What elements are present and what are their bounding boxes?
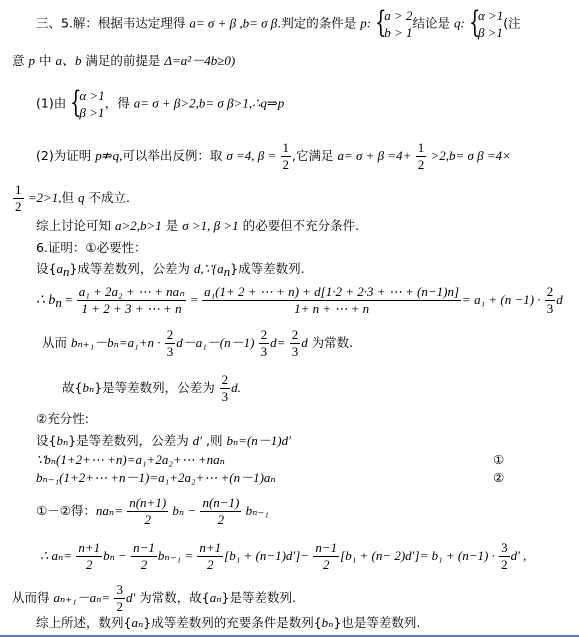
fraction: 23 [165,327,176,360]
vieta-formula: a= σ + β ,b= σ β [189,16,277,31]
final-difference-line: 从而得 aₙ₊₁－aₙ= 32d′ 为常数，故{aₙ}是等差数列. [12,582,296,615]
note-open: (注 [503,16,520,31]
p-label: p: [360,16,371,31]
an-derivation-line: ∴ aₙ= n+12bₙ − n−12bₙ₋₁ = n+12[b₁ + (n−1… [40,540,526,573]
q-label: q: [454,16,465,31]
fraction: a₁ + 2a₂ + ⋯ + naₙ1 + 2 + 3 + ⋯ + n [77,284,187,317]
fraction: 23 [290,327,301,360]
fraction: n−12 [313,540,339,573]
p5-part2-line2: 12 =2>1,但 q 不成立. [12,182,130,215]
p5-intro-mid: .判定的条件是 [277,16,360,31]
p5-part2-line: (2)为证明 p⇏q,可以举出反例：取 σ =4, β = 12,它满足 a= … [36,140,511,173]
fraction: 23 [545,284,556,317]
left-brace-icon: { [469,5,480,41]
equation-1: ∵bₙ(1+2+⋯ +n)=a₁+2a₂+⋯ +naₙ [36,452,225,468]
fraction: 12 [281,140,292,173]
conclude-necessity-line: 故{bₙ}是等差数列，公差为 23d. [62,372,241,405]
fraction: 32 [114,582,125,615]
fraction: 12 [416,140,427,173]
difference-line: 从而 bₙ₊₁－bₙ=a₁+n · 23d－a₁－(n－1) 23d= 23d … [42,327,353,360]
fraction: n+12 [197,540,223,573]
fraction: 23 [220,372,231,405]
conclusion-label: 结论是 [412,16,453,31]
fraction: n−12 [131,540,157,573]
p5-part1-line: (1)由 {α >1β >1，得 a= σ + β>2,b= σ β>1,∴q⇒… [36,87,284,121]
bn-derivation-line: ∴ bn = a₁ + 2a₂ + ⋯ + naₙ1 + 2 + 3 + ⋯ +… [36,284,563,317]
final-summary-line: 综上所述，数列{aₙ}成等差数列的充要条件是数列{bₙ}也是等差数列. [36,615,420,632]
fraction: n(n−1)2 [200,495,241,528]
equation-2-marker: ② [493,470,504,486]
fraction: n(n+1)2 [127,495,168,528]
subtraction-line: ①－②得：naₙ= n(n+1)2 bₙ − n(n−1)2 bₙ₋₁ [36,495,269,528]
part1-system: {α >1β >1 [70,87,104,121]
condition-p-system: {a > 2b > 1 [375,7,412,41]
discriminant-formula: Δ=a²－4b≥0) [164,53,235,68]
sufficiency-title: ②充分性: [36,411,89,427]
p5-intro-line: 三、5.解：根据韦达定理得 a= σ + β ,b= σ β.判定的条件是 p:… [36,7,521,41]
p5-intro-prefix: 三、5.解：根据韦达定理得 [36,16,189,31]
left-brace-icon: { [375,5,386,41]
equation-2: bₙ₋₁(1+2+⋯ +n－1)=a₁+2a₂+⋯ +(n－1)aₙ [36,470,276,486]
fraction: 23 [259,327,270,360]
fraction: 12 [13,182,24,215]
left-brace-icon: { [70,85,81,121]
p6-title: 6.证明：①必要性： [36,240,147,256]
p5-summary-line: 综上讨论可知 a>2,b>1 是 σ >1, β >1 的必要但不充分条件. [36,218,359,235]
equation-1-marker: ① [493,452,504,468]
sufficiency-assume-line: 设{bₙ}是等差数列，公差为 d′ ,则 bₙ=(n－1)d′ [36,433,291,450]
p6-assume-line: 设{an}成等差数列，公差为 d,∵{an}成等差数列. [36,261,305,280]
p5-note-line: 意 p 中 a、b 满足的前提是 Δ=a²－4b≥0) [12,53,235,70]
fraction: 32 [499,540,510,573]
fraction: n+12 [76,540,102,573]
conclusion-q-system: {α >1β >1 [469,7,503,41]
fraction: a₁(1+ 2 + ⋯ + n) + d[1·2 + 2·3 + ⋯ + (n−… [202,284,461,317]
